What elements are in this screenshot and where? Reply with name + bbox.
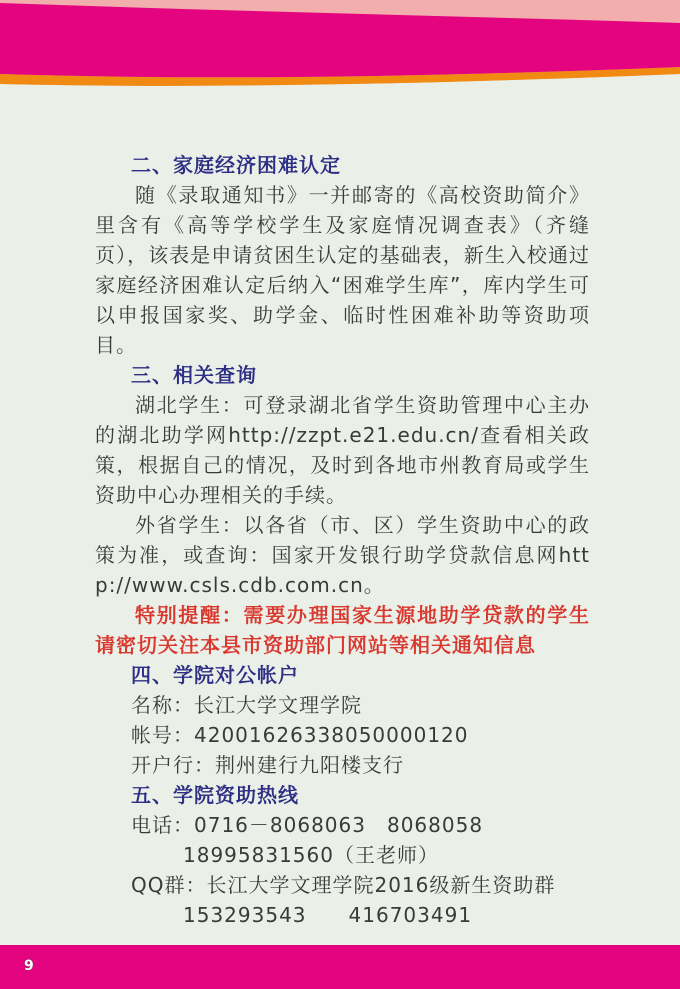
text-line: 开户行：荆州建行九阳楼支行	[95, 750, 590, 780]
text-line: 帐号：42001626338050000120	[95, 720, 590, 750]
brochure-page: 二、家庭经济困难认定随《录取通知书》一并邮寄的《高校资助简介》里含有《高等学校学…	[0, 0, 680, 989]
text-line-continued: 18995831560（王老师）	[95, 840, 590, 870]
text-line: 电话：0716－8068063 8068058	[95, 810, 590, 840]
body-paragraph: 随《录取通知书》一并邮寄的《高校资助简介》里含有《高等学校学生及家庭情况调查表》…	[95, 180, 590, 360]
section-heading: 三、相关查询	[95, 360, 590, 390]
text-line: QQ群：长江大学文理学院2016级新生资助群	[95, 870, 590, 900]
section-heading: 五、学院资助热线	[95, 780, 590, 810]
alert-text: 特别提醒：需要办理国家生源地助学贷款的学生请密切关注本县市资助部门网站等相关通知…	[95, 600, 590, 660]
body-paragraph: 外省学生：以各省（市、区）学生资助中心的政策为准，或查询：国家开发银行助学贷款信…	[95, 510, 590, 600]
page-header-wave	[0, 0, 680, 88]
header-wave-graphic	[0, 0, 680, 88]
page-footer-band: 9	[0, 945, 680, 989]
text-line-continued: 153293543 416703491	[95, 900, 590, 930]
content-blocks: 二、家庭经济困难认定随《录取通知书》一并邮寄的《高校资助简介》里含有《高等学校学…	[0, 88, 680, 945]
text-line: 名称：长江大学文理学院	[95, 690, 590, 720]
section-heading: 四、学院对公帐户	[95, 660, 590, 690]
page-number: 9	[24, 956, 34, 976]
body-paragraph: 湖北学生：可登录湖北省学生资助管理中心主办的湖北助学网http://zzpt.e…	[95, 390, 590, 510]
section-heading: 二、家庭经济困难认定	[95, 150, 590, 180]
